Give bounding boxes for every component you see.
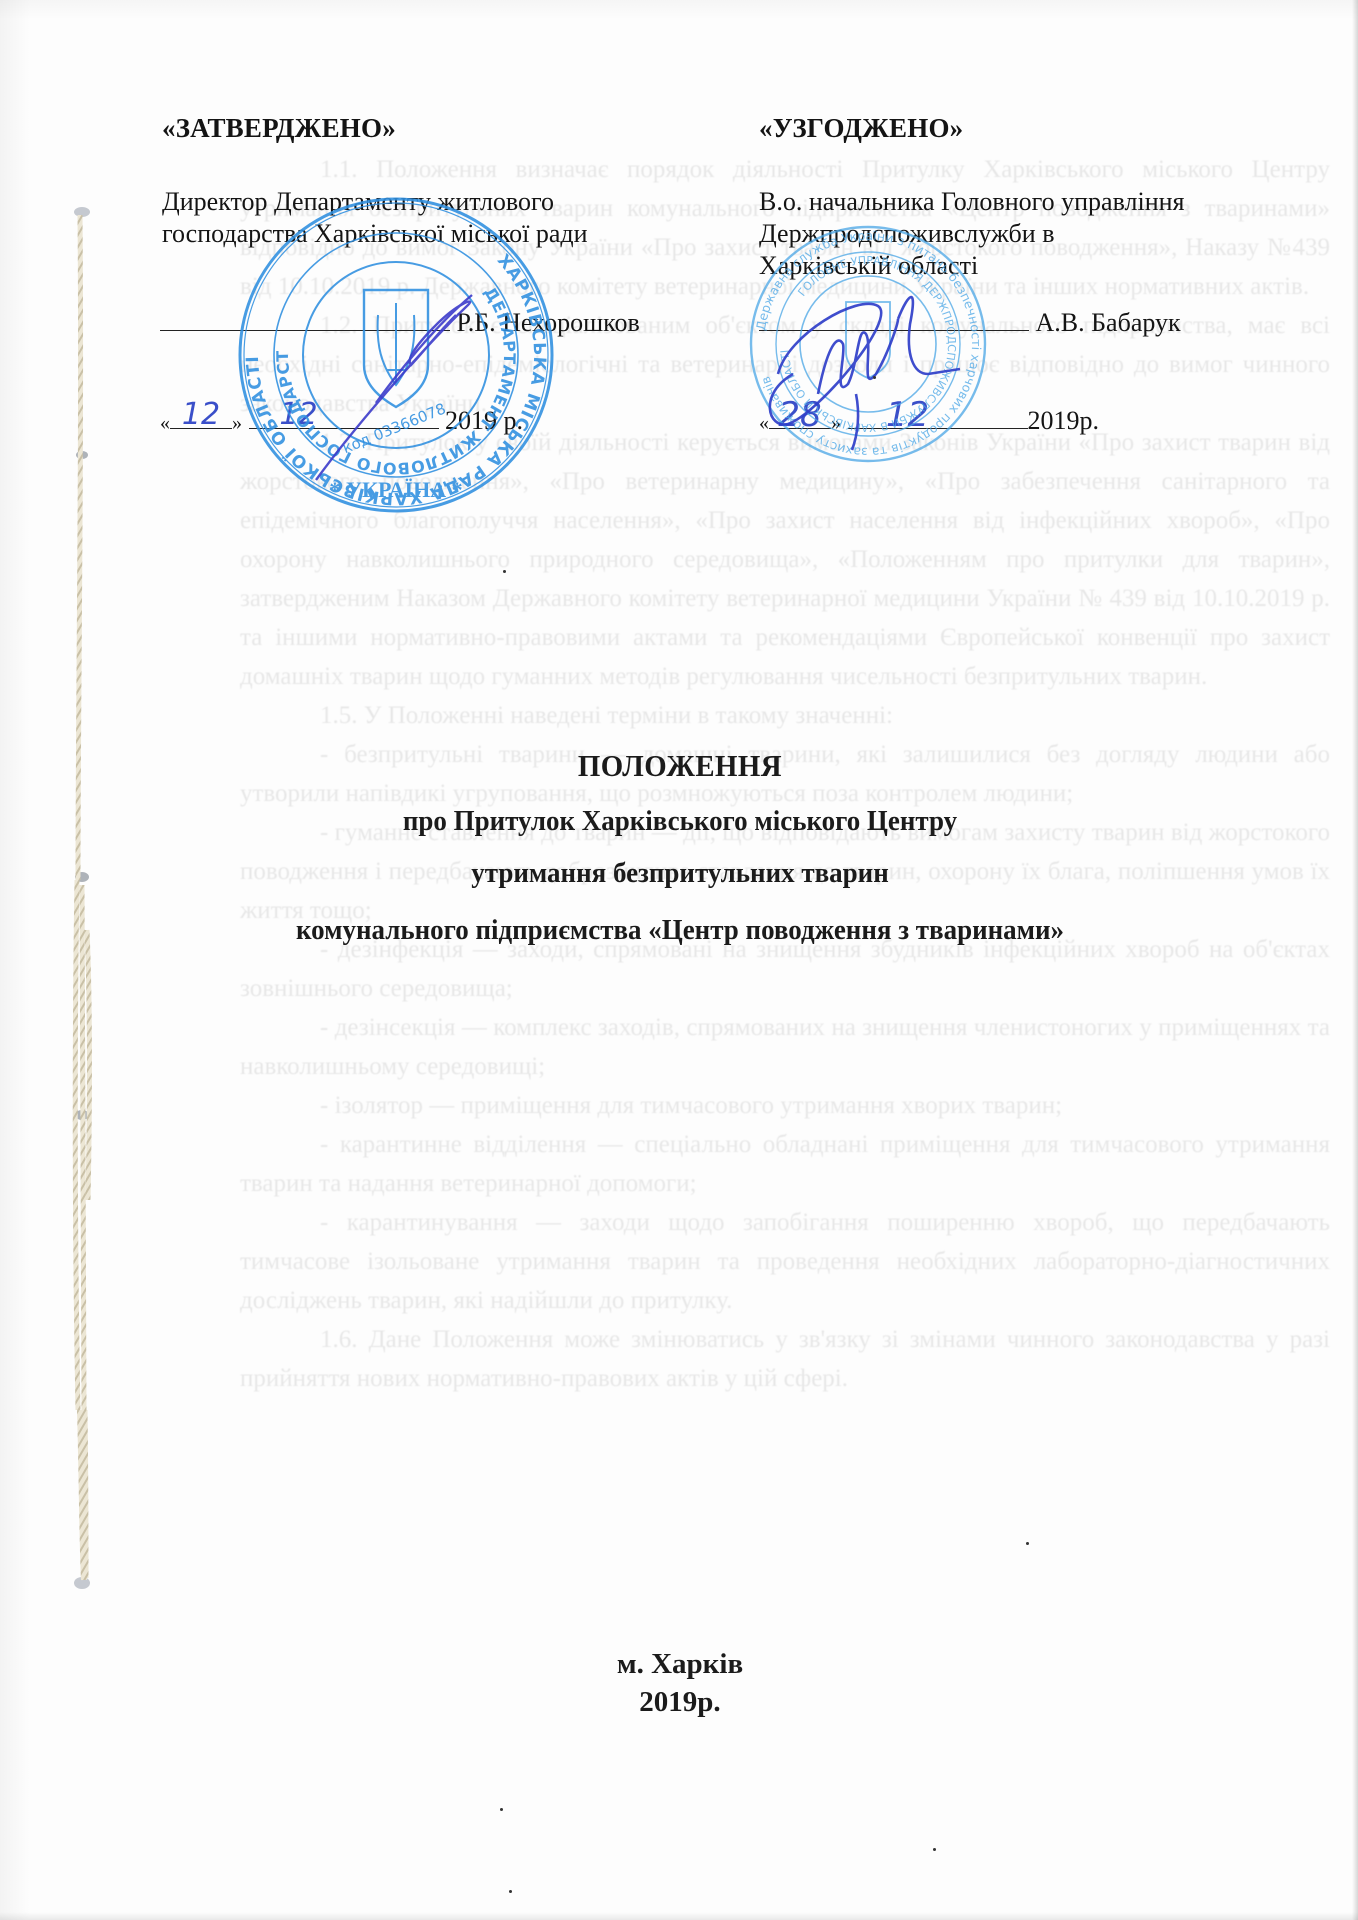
agreed-signatory-name: А.В. Бабарук	[1036, 308, 1181, 337]
scan-speck	[1026, 1542, 1029, 1545]
scan-speck	[873, 376, 876, 379]
approved-signature-row: Р.Б. Нехорошков	[160, 308, 640, 338]
agreed-date-month-field: 12	[848, 402, 1028, 429]
approval-block-approved: «ЗАТВЕРДЖЕНО» Директор Департаменту житл…	[162, 112, 702, 250]
agreed-date-row: «28» 122019р.	[759, 402, 1099, 436]
scan-speck	[933, 1848, 936, 1851]
approved-date-month: 12	[259, 400, 339, 430]
document-page: 1.1. Положення визначає порядок діяльнос…	[0, 0, 1358, 1920]
approved-date-day-field: 12	[170, 402, 232, 429]
agreed-date-close-quote: »	[831, 412, 841, 434]
agreed-signature-row: А.В. Бабарук	[759, 308, 1181, 338]
agreed-date-year: 2019р.	[1028, 406, 1100, 435]
agreed-date-month: 12	[868, 400, 948, 430]
approval-block-agreed: «УЗГОДЖЕНО» В.о. начальника Головного уп…	[759, 112, 1329, 282]
approved-date-row: «12» 12 2019 р.	[160, 402, 523, 436]
approved-date-open-quote: «	[160, 412, 170, 434]
approved-date-year: 2019 р.	[445, 406, 523, 435]
agreed-position-line-2: Держпродспоживслужби в	[759, 218, 1329, 250]
scan-speck	[500, 1808, 503, 1811]
document-title: ПОЛОЖЕННЯ	[196, 748, 1163, 784]
agreed-signature-line	[759, 308, 1029, 331]
approved-position-line-1: Директор Департаменту житлового	[162, 186, 702, 218]
document-place: м. Харків	[160, 1648, 1200, 1681]
agreed-heading: «УЗГОДЖЕНО»	[759, 112, 1329, 144]
approved-date-day: 12	[170, 400, 232, 430]
scan-speck	[509, 1890, 512, 1893]
approved-signatory-name: Р.Б. Нехорошков	[457, 308, 640, 337]
approved-position-line-2: господарства Харківської міської ради	[162, 218, 702, 250]
binding-string	[60, 0, 120, 1920]
agreed-position-line-1: В.о. начальника Головного управління	[759, 186, 1329, 218]
scan-edge-shadow	[1352, 0, 1358, 1920]
agreed-date-day: 28	[769, 400, 831, 430]
document-subtitle-line-3: комунального підприємства «Центр поводже…	[196, 914, 1163, 947]
approved-signature-line	[160, 308, 450, 331]
agreed-date-open-quote: «	[759, 412, 769, 434]
document-subtitle-line-1: про Притулок Харківського міського Центр…	[196, 805, 1163, 838]
document-year: 2019р.	[160, 1686, 1200, 1719]
svg-text:* УКРАЇНА *: * УКРАЇНА *	[329, 477, 462, 502]
approved-date-month-field: 12	[249, 402, 439, 429]
agreed-position-line-3: Харківській області	[759, 250, 1329, 282]
document-subtitle-line-2: утримання безпритульних тварин	[196, 857, 1163, 890]
scan-edge-shadow	[0, 1912, 1358, 1920]
agreed-date-day-field: 28	[769, 402, 831, 429]
approved-date-close-quote: »	[232, 412, 242, 434]
approved-heading: «ЗАТВЕРДЖЕНО»	[162, 112, 702, 144]
scan-speck	[503, 570, 506, 573]
